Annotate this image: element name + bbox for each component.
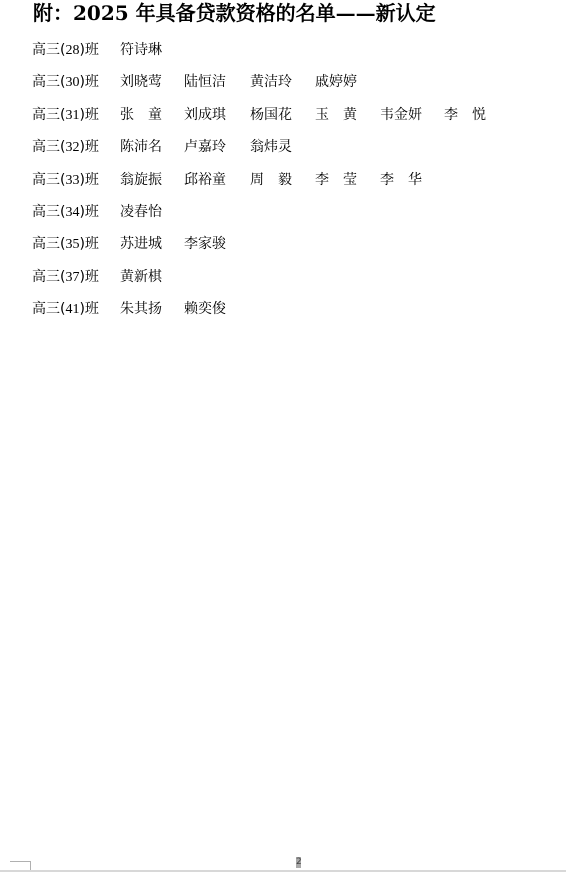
student-name: 李家骏 bbox=[184, 232, 226, 256]
student-name: 凌春怡 bbox=[120, 200, 162, 224]
student-name: 陆恒洁 bbox=[184, 70, 226, 94]
student-name: 邱裕童 bbox=[184, 168, 226, 192]
student-name: 陈沛名 bbox=[120, 135, 162, 159]
student-name: 刘成琪 bbox=[184, 103, 226, 127]
class-row-35: 高三(35)班 苏进城 李家骏 bbox=[0, 232, 566, 264]
class-label: 高三(35)班 bbox=[32, 232, 99, 257]
student-name: 李 华 bbox=[380, 168, 422, 192]
student-name: 李 悦 bbox=[444, 103, 486, 127]
student-name: 苏进城 bbox=[120, 232, 162, 256]
class-row-41: 高三(41)班 朱其扬 赖奕俊 bbox=[0, 297, 566, 329]
student-name: 周 毅 bbox=[250, 168, 292, 192]
student-name: 刘晓莺 bbox=[120, 70, 162, 94]
class-label: 高三(33)班 bbox=[32, 168, 99, 193]
class-row-34: 高三(34)班 凌春怡 bbox=[0, 200, 566, 232]
class-label: 高三(30)班 bbox=[32, 70, 99, 95]
class-label: 高三(34)班 bbox=[32, 200, 99, 225]
student-name: 翁旋振 bbox=[120, 168, 162, 192]
class-row-31: 高三(31)班 张 童 刘成琪 杨国花 玉 黄 韦金妍 李 悦 bbox=[0, 103, 566, 135]
class-label: 高三(31)班 bbox=[32, 103, 99, 128]
student-name: 黄洁玲 bbox=[250, 70, 292, 94]
class-row-28: 高三(28)班 符诗琳 bbox=[0, 38, 566, 70]
class-label: 高三(37)班 bbox=[32, 265, 99, 290]
class-row-32: 高三(32)班 陈沛名 卢嘉玲 翁炜灵 bbox=[0, 135, 566, 167]
page-number: 2 bbox=[296, 857, 301, 868]
name-list: 高三(28)班 符诗琳 高三(30)班 刘晓莺 陆恒洁 黄洁玲 戚婷婷 高三(3… bbox=[0, 38, 566, 330]
student-name: 杨国花 bbox=[250, 103, 292, 127]
student-name: 赖奕俊 bbox=[184, 297, 226, 321]
student-name: 玉 黄 bbox=[315, 103, 357, 127]
student-name: 朱其扬 bbox=[120, 297, 162, 321]
class-row-33: 高三(33)班 翁旋振 邱裕童 周 毅 李 莹 李 华 bbox=[0, 168, 566, 200]
student-name: 卢嘉玲 bbox=[184, 135, 226, 159]
student-name: 韦金妍 bbox=[380, 103, 422, 127]
student-name: 戚婷婷 bbox=[315, 70, 357, 94]
student-name: 张 童 bbox=[120, 103, 162, 127]
student-name: 李 莹 bbox=[315, 168, 357, 192]
document-title: 附：2025 年具备贷款资格的名单——新认定 bbox=[33, 0, 436, 26]
class-label: 高三(28)班 bbox=[32, 38, 99, 63]
class-label: 高三(32)班 bbox=[32, 135, 99, 160]
class-row-30: 高三(30)班 刘晓莺 陆恒洁 黄洁玲 戚婷婷 bbox=[0, 70, 566, 102]
student-name: 符诗琳 bbox=[120, 38, 162, 62]
student-name: 黄新棋 bbox=[120, 265, 162, 289]
student-name: 翁炜灵 bbox=[250, 135, 292, 159]
class-row-37: 高三(37)班 黄新棋 bbox=[0, 265, 566, 297]
class-label: 高三(41)班 bbox=[32, 297, 99, 322]
